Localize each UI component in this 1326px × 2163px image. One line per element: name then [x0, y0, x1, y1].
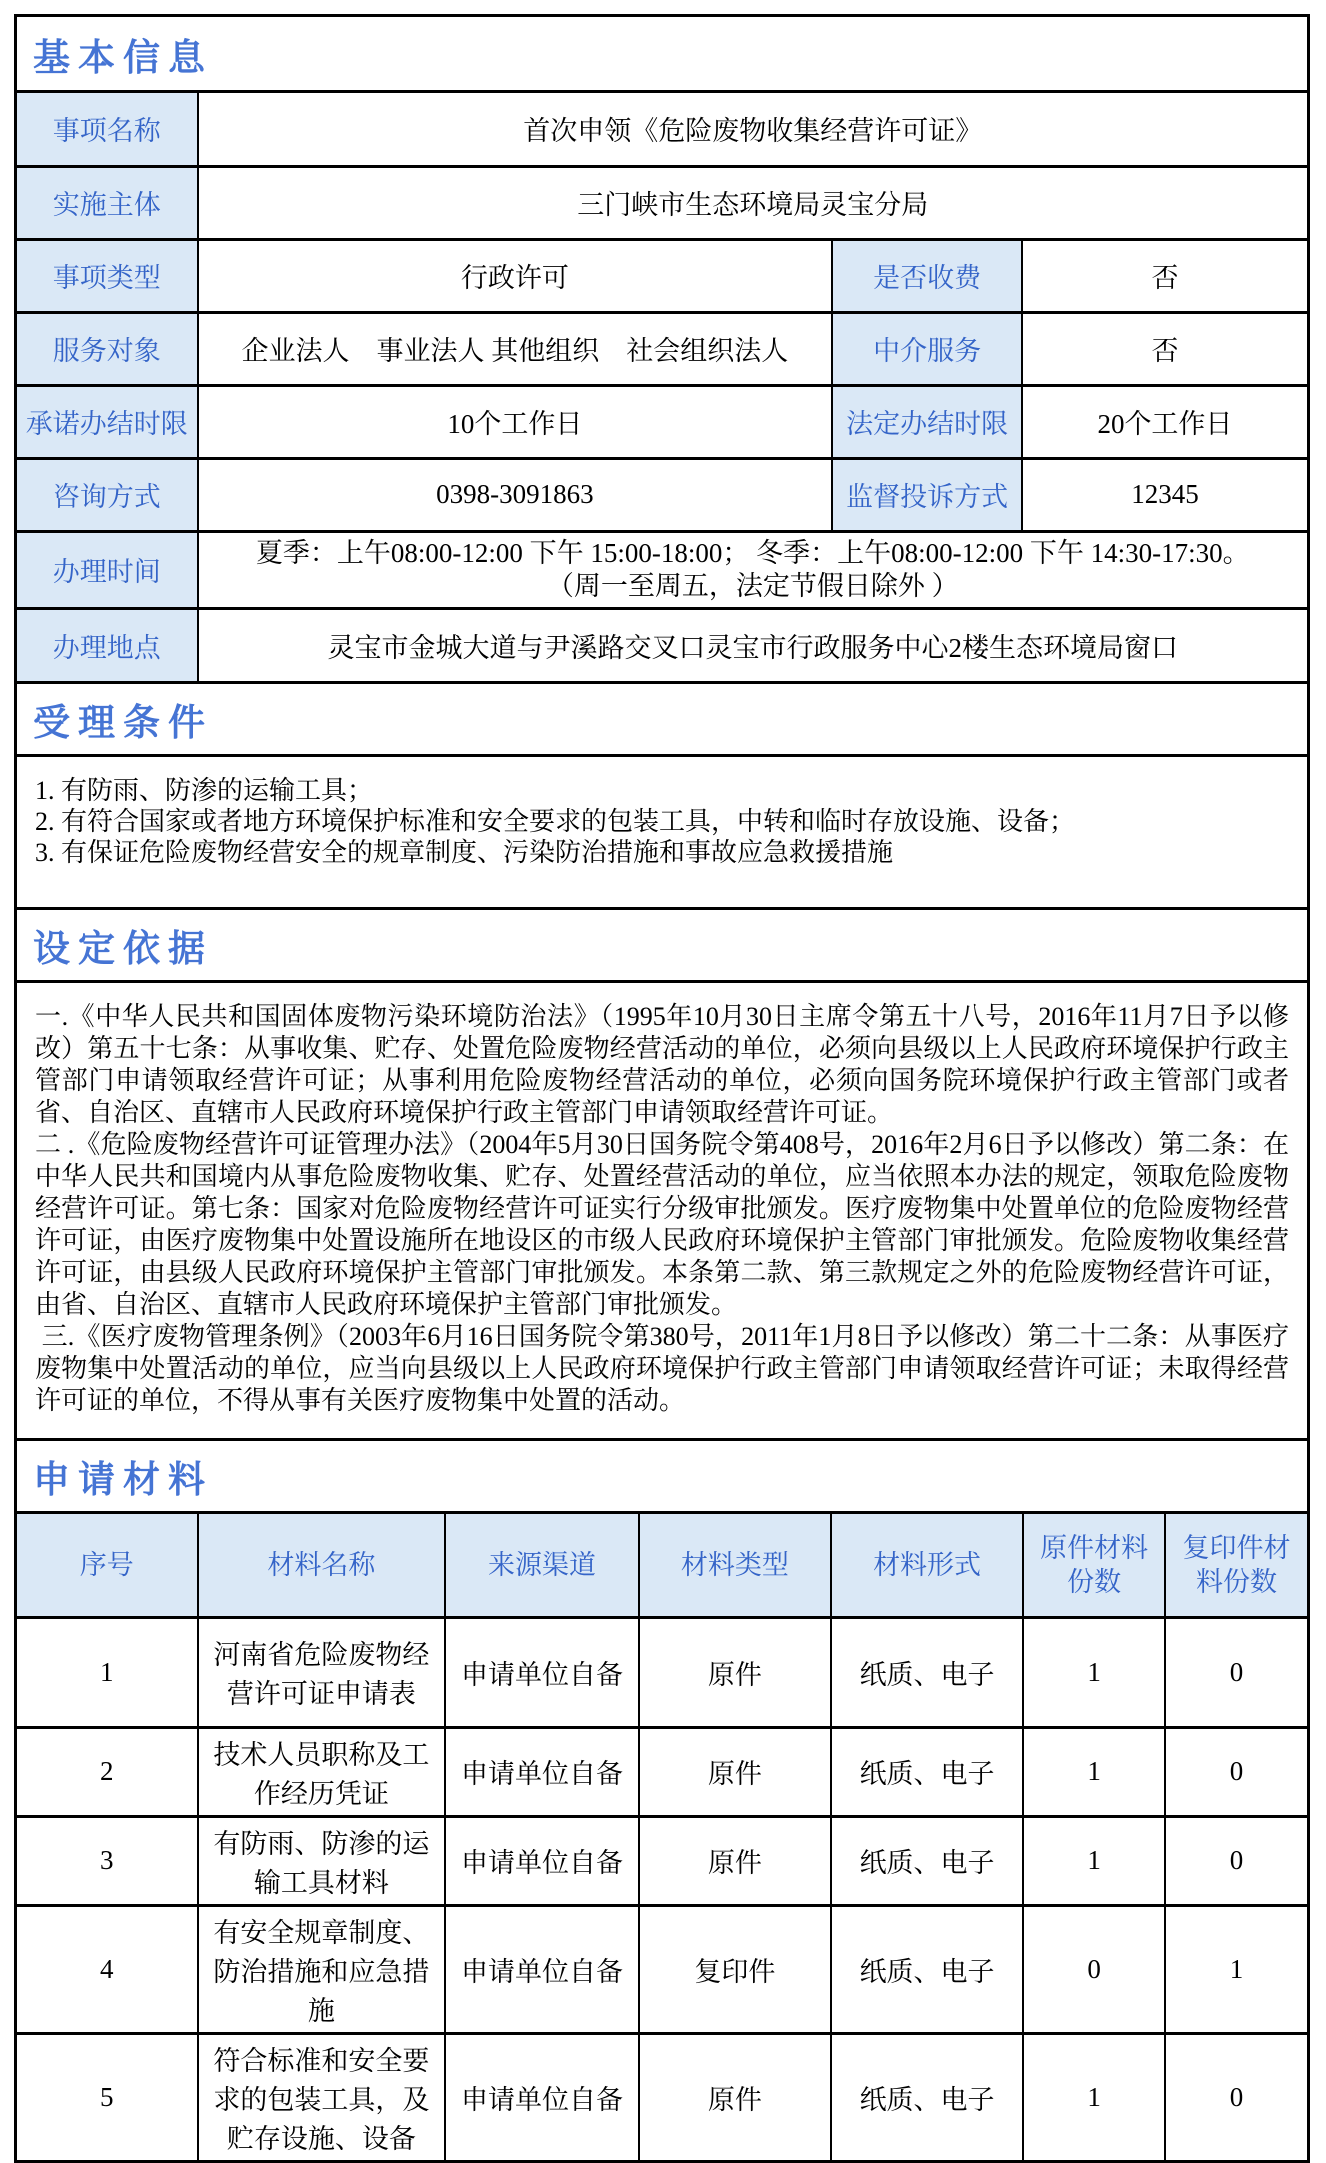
table-row: 事项名称 首次申领《危险废物收集经营许可证》 [17, 93, 1307, 166]
info-value-intermediary: 否 [1022, 312, 1307, 385]
section-title-acceptance: 受理条件 [17, 681, 1307, 757]
material-form-cell: 纸质、电子 [831, 2033, 1023, 2160]
info-value-service-target: 企业法人 事业法人 其他组织 社会组织法人 [198, 312, 833, 385]
info-value-office-hours: 夏季：上午08:00-12:00 下午 15:00-18:00； 冬季：上午08… [198, 531, 1307, 608]
materials-table: 序号 材料名称 来源渠道 材料类型 材料形式 原件材料份数 复印件材料份数 1 … [17, 1514, 1307, 2160]
material-type-cell: 原件 [639, 1727, 831, 1816]
material-copies-cell: 0 [1165, 2033, 1307, 2160]
materials-header-name: 材料名称 [198, 1514, 446, 1617]
materials-header-copies: 复印件材料份数 [1165, 1514, 1307, 1617]
basis-paragraph: 三.《医疗废物管理条例》（2003年6月16日国务院令第380号，2011年1月… [35, 1321, 1289, 1417]
material-form-cell: 纸质、电子 [831, 1905, 1023, 2033]
material-form-cell: 纸质、电子 [831, 1617, 1023, 1727]
info-value-office-location: 灵宝市金城大道与尹溪路交叉口灵宝市行政服务中心2楼生态环境局窗口 [198, 608, 1307, 681]
material-copies-cell: 1 [1165, 1905, 1307, 2033]
material-no-cell: 4 [17, 1905, 198, 2033]
material-copies-cell: 0 [1165, 1617, 1307, 1727]
materials-header-row: 序号 材料名称 来源渠道 材料类型 材料形式 原件材料份数 复印件材料份数 [17, 1514, 1307, 1617]
info-label-office-location: 办理地点 [17, 608, 198, 681]
basic-info-table: 事项名称 首次申领《危险废物收集经营许可证》 实施主体 三门峡市生态环境局灵宝分… [17, 93, 1307, 681]
material-name-cell: 技术人员职称及工作经历凭证 [198, 1727, 446, 1816]
info-label-consult-phone: 咨询方式 [17, 458, 198, 531]
material-source-cell: 申请单位自备 [445, 1905, 639, 2033]
material-originals-cell: 1 [1023, 1727, 1165, 1816]
info-value-consult-phone: 0398-3091863 [198, 458, 833, 531]
material-originals-cell: 1 [1023, 1617, 1165, 1727]
material-originals-cell: 0 [1023, 1905, 1165, 2033]
section-title-basic-info: 基本信息 [17, 17, 1307, 93]
info-label-office-hours: 办理时间 [17, 531, 198, 608]
table-row: 咨询方式 0398-3091863 监督投诉方式 12345 [17, 458, 1307, 531]
material-source-cell: 申请单位自备 [445, 1816, 639, 1905]
material-type-cell: 复印件 [639, 1905, 831, 2033]
table-row: 4 有安全规章制度、防治措施和应急措施 申请单位自备 复印件 纸质、电子 0 1 [17, 1905, 1307, 2033]
info-label-intermediary: 中介服务 [832, 312, 1022, 385]
info-value-item-name: 首次申领《危险废物收集经营许可证》 [198, 93, 1307, 166]
info-label-legal-time: 法定办结时限 [832, 385, 1022, 458]
info-label-service-target: 服务对象 [17, 312, 198, 385]
info-value-implementer: 三门峡市生态环境局灵宝分局 [198, 166, 1307, 239]
materials-header-form: 材料形式 [831, 1514, 1023, 1617]
section-title-materials: 申请材料 [17, 1438, 1307, 1514]
table-row: 办理地点 灵宝市金城大道与尹溪路交叉口灵宝市行政服务中心2楼生态环境局窗口 [17, 608, 1307, 681]
material-name-cell: 符合标准和安全要求的包装工具，及贮存设施、设备 [198, 2033, 446, 2160]
material-originals-cell: 1 [1023, 1816, 1165, 1905]
info-value-legal-time: 20个工作日 [1022, 385, 1307, 458]
table-row: 5 符合标准和安全要求的包装工具，及贮存设施、设备 申请单位自备 原件 纸质、电… [17, 2033, 1307, 2160]
table-row: 3 有防雨、防渗的运输工具材料 申请单位自备 原件 纸质、电子 1 0 [17, 1816, 1307, 1905]
basis-paragraph: 二 .《危险废物经营许可证管理办法》（2004年5月30日国务院令第408号，2… [35, 1129, 1289, 1321]
service-info-sheet: 基本信息 事项名称 首次申领《危险废物收集经营许可证》 实施主体 三门峡市生态环… [14, 14, 1310, 2163]
material-name-cell: 有防雨、防渗的运输工具材料 [198, 1816, 446, 1905]
material-form-cell: 纸质、电子 [831, 1816, 1023, 1905]
acceptance-conditions: 1. 有防雨、防渗的运输工具； 2. 有符合国家或者地方环境保护标准和安全要求的… [17, 757, 1307, 907]
material-type-cell: 原件 [639, 1617, 831, 1727]
info-label-promised-time: 承诺办结时限 [17, 385, 198, 458]
info-value-fee: 否 [1022, 239, 1307, 312]
table-row: 实施主体 三门峡市生态环境局灵宝分局 [17, 166, 1307, 239]
material-no-cell: 2 [17, 1727, 198, 1816]
material-copies-cell: 0 [1165, 1816, 1307, 1905]
material-no-cell: 3 [17, 1816, 198, 1905]
info-value-complaint: 12345 [1022, 458, 1307, 531]
material-source-cell: 申请单位自备 [445, 2033, 639, 2160]
table-row: 1 河南省危险废物经营许可证申请表 申请单位自备 原件 纸质、电子 1 0 [17, 1617, 1307, 1727]
table-row: 承诺办结时限 10个工作日 法定办结时限 20个工作日 [17, 385, 1307, 458]
materials-header-no: 序号 [17, 1514, 198, 1617]
condition-item: 3. 有保证危险废物经营安全的规章制度、污染防治措施和事故应急救援措施 [35, 837, 1289, 868]
material-form-cell: 纸质、电子 [831, 1727, 1023, 1816]
info-value-item-type: 行政许可 [198, 239, 833, 312]
condition-item: 2. 有符合国家或者地方环境保护标准和安全要求的包装工具，中转和临时存放设施、设… [35, 806, 1289, 837]
table-row: 事项类型 行政许可 是否收费 否 [17, 239, 1307, 312]
material-no-cell: 1 [17, 1617, 198, 1727]
condition-item: 1. 有防雨、防渗的运输工具； [35, 775, 1289, 806]
info-label-complaint: 监督投诉方式 [832, 458, 1022, 531]
info-label-implementer: 实施主体 [17, 166, 198, 239]
materials-header-originals: 原件材料份数 [1023, 1514, 1165, 1617]
materials-header-source: 来源渠道 [445, 1514, 639, 1617]
material-type-cell: 原件 [639, 2033, 831, 2160]
table-row: 2 技术人员职称及工作经历凭证 申请单位自备 原件 纸质、电子 1 0 [17, 1727, 1307, 1816]
section-title-legal-basis: 设定依据 [17, 907, 1307, 983]
info-label-item-name: 事项名称 [17, 93, 198, 166]
material-name-cell: 有安全规章制度、防治措施和应急措施 [198, 1905, 446, 2033]
material-type-cell: 原件 [639, 1816, 831, 1905]
legal-basis: 一.《中华人民共和国固体废物污染环境防治法》（1995年10月30日主席令第五十… [17, 983, 1307, 1438]
info-value-promised-time: 10个工作日 [198, 385, 833, 458]
info-label-fee: 是否收费 [832, 239, 1022, 312]
material-name-cell: 河南省危险废物经营许可证申请表 [198, 1617, 446, 1727]
table-row: 服务对象 企业法人 事业法人 其他组织 社会组织法人 中介服务 否 [17, 312, 1307, 385]
materials-header-type: 材料类型 [639, 1514, 831, 1617]
material-source-cell: 申请单位自备 [445, 1617, 639, 1727]
material-source-cell: 申请单位自备 [445, 1727, 639, 1816]
material-originals-cell: 1 [1023, 2033, 1165, 2160]
basis-paragraph: 一.《中华人民共和国固体废物污染环境防治法》（1995年10月30日主席令第五十… [35, 1001, 1289, 1129]
material-no-cell: 5 [17, 2033, 198, 2160]
material-copies-cell: 0 [1165, 1727, 1307, 1816]
info-label-item-type: 事项类型 [17, 239, 198, 312]
table-row: 办理时间 夏季：上午08:00-12:00 下午 15:00-18:00； 冬季… [17, 531, 1307, 608]
